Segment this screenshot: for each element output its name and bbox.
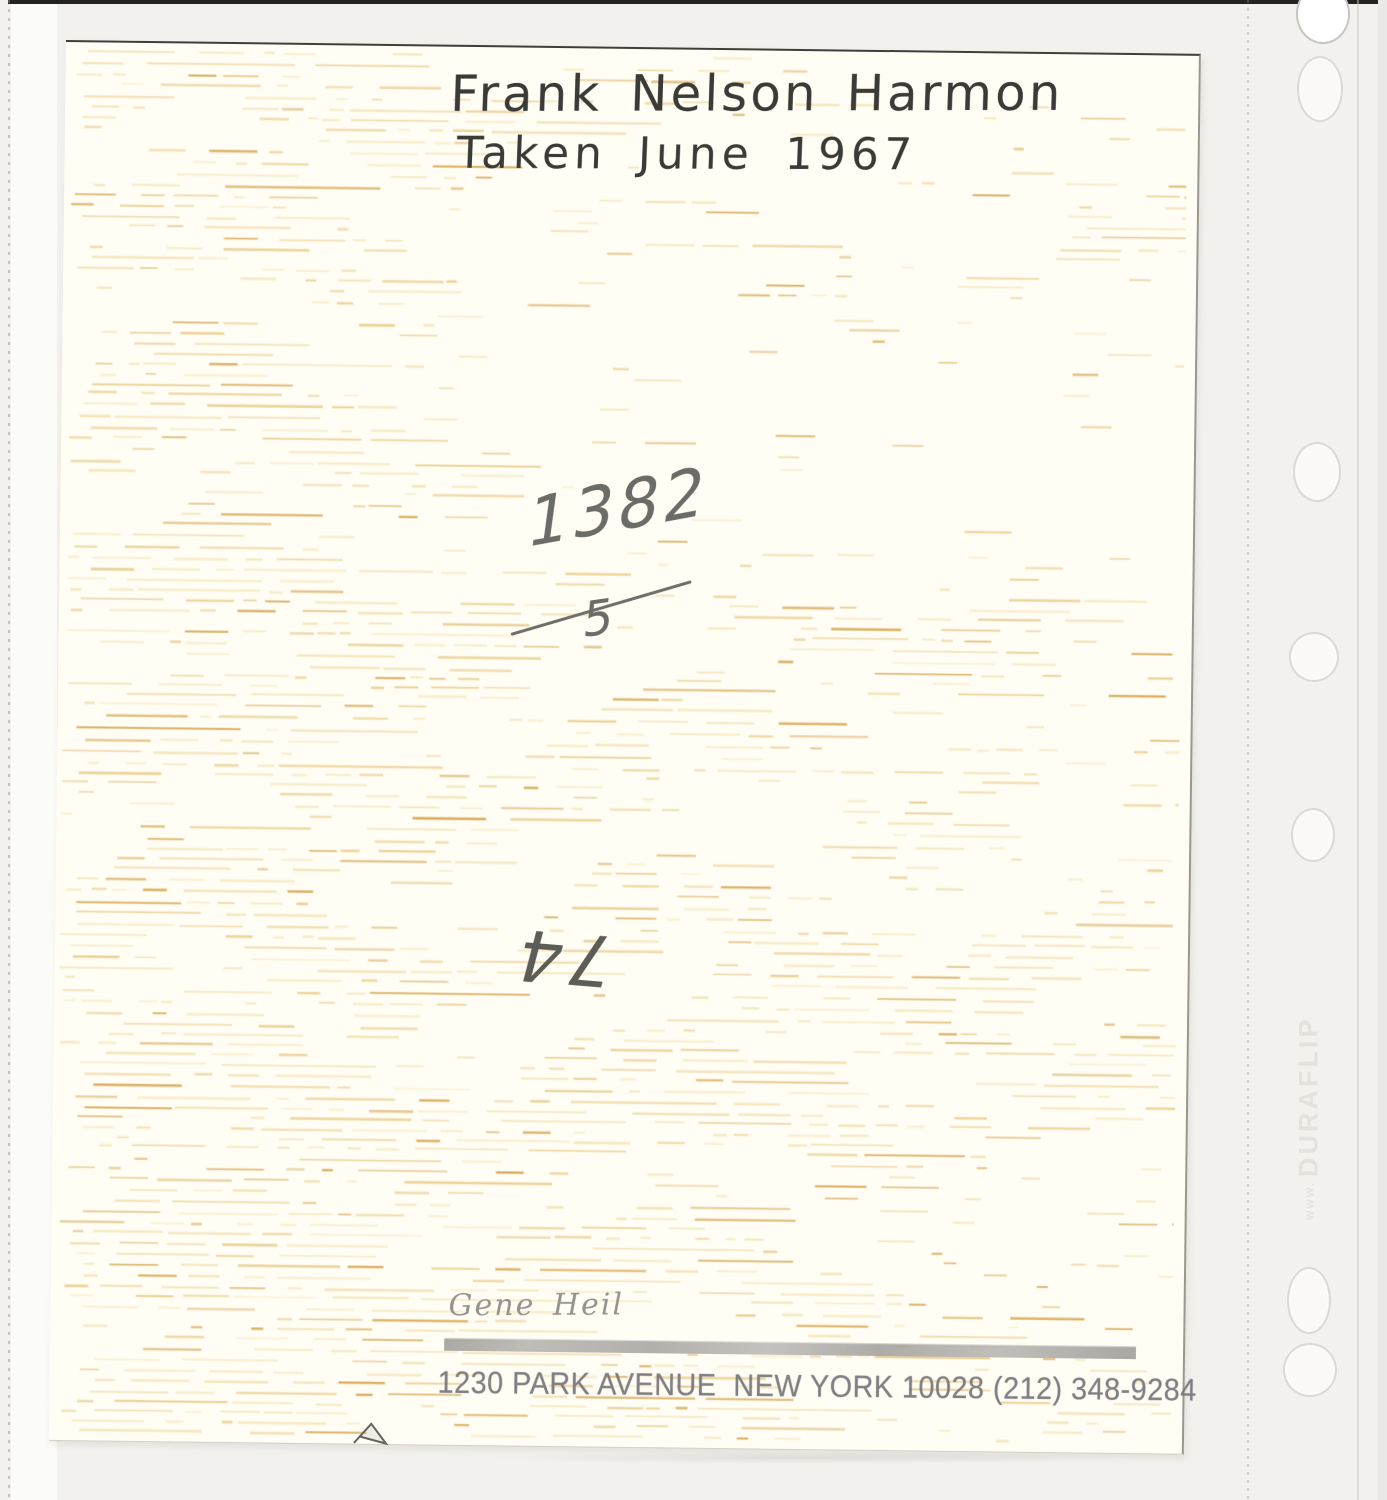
sleeve-crease [1357, 0, 1359, 1500]
binder-hole [1297, 56, 1343, 122]
pencil-triangle-mark [351, 1420, 392, 1450]
sleeve-seam-right [1247, 0, 1249, 1500]
binder-hole [1291, 808, 1335, 862]
binder-hole [1289, 632, 1339, 682]
photo-edge-shadow [480, 1452, 1120, 1464]
photographer-signature: Gene Heil [448, 1287, 624, 1323]
scan-top-edge [8, 0, 1387, 4]
binder-hole [1293, 442, 1341, 502]
handwritten-name: Frank Nelson Harmon [449, 64, 1064, 123]
scan-right-edge [1378, 0, 1387, 1500]
pencil-inverted-number: 74 [502, 913, 624, 1002]
sleeve-watermark-url: www. [1302, 1181, 1317, 1220]
binder-hole [1283, 1343, 1337, 1397]
sleeve-watermark: www. DURAFLIP [1283, 975, 1335, 1220]
binder-hole [1287, 1267, 1331, 1334]
handwritten-date: Taken June 1967 [456, 128, 918, 181]
sleeve-seam-left [8, 0, 10, 1500]
photo-back: Frank Nelson Harmon Taken June 1967 1382… [49, 40, 1201, 1455]
binder-hole [1296, 0, 1350, 44]
scanned-page: www. DURAFLIP Frank Nelson Harmon Taken … [0, 0, 1387, 1500]
paper-fiber-texture [49, 42, 1199, 1454]
pencil-denominator: 5 [580, 588, 616, 650]
sleeve-watermark-brand: DURAFLIP [1294, 1016, 1325, 1177]
